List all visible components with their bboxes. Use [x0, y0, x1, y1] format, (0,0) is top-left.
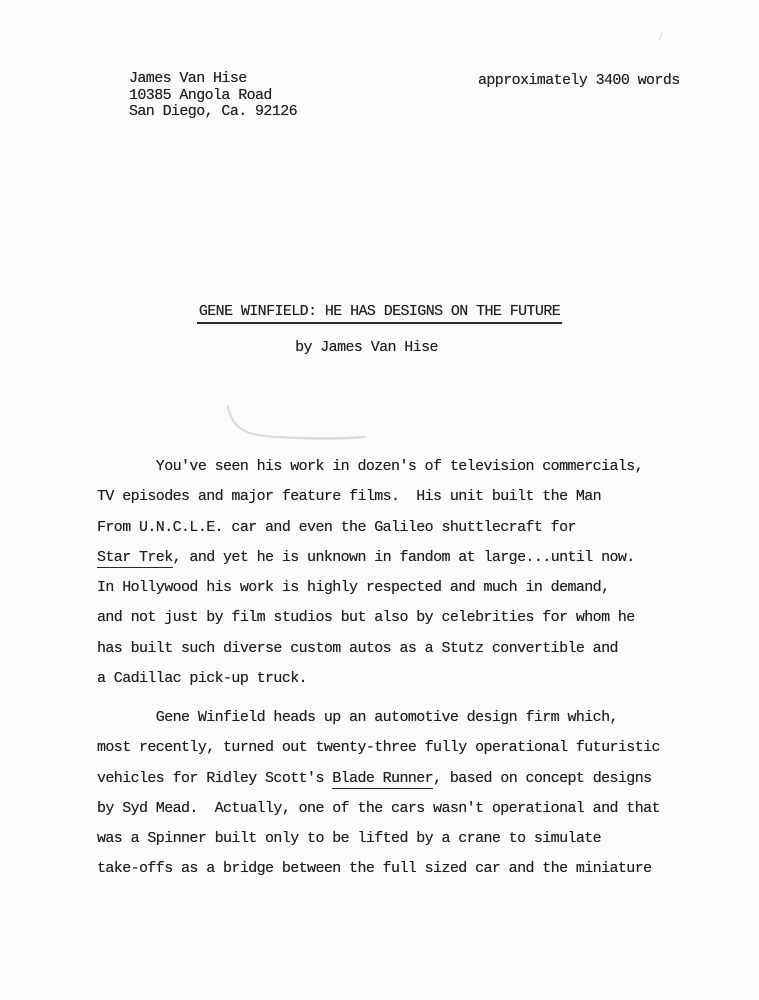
- pencil-mark-artifact: [218, 398, 378, 448]
- paragraph-2: Gene Winfield heads up an automotive des…: [97, 703, 660, 885]
- text-segment: TV episodes and major feature films. His…: [97, 488, 601, 505]
- text-segment: and not just by film studios but also by…: [97, 609, 635, 626]
- page-title: GENE WINFIELD: HE HAS DESIGNS ON THE FUT…: [197, 303, 562, 324]
- text-line: James Van Hise: [129, 71, 297, 88]
- word-count: approximately 3400 words: [478, 72, 680, 89]
- text-line: vehicles for Ridley Scott's Blade Runner…: [97, 764, 660, 794]
- text-segment: You've seen his work in dozen's of telev…: [97, 458, 643, 475]
- manuscript-page: James Van Hise10385 Angola RoadSan Diego…: [0, 0, 759, 1000]
- scan-speckle-artifact: [659, 32, 666, 41]
- text-segment: a Cadillac pick-up truck.: [97, 670, 307, 687]
- title-row: GENE WINFIELD: HE HAS DESIGNS ON THE FUT…: [0, 303, 759, 324]
- text-segment: In Hollywood his work is highly respecte…: [97, 579, 610, 596]
- text-line: San Diego, Ca. 92126: [129, 104, 297, 121]
- underlined-text: Star Trek: [97, 549, 173, 568]
- text-segment: , based on concept designs: [433, 770, 651, 787]
- text-line: TV episodes and major feature films. His…: [97, 482, 643, 512]
- text-segment: Gene Winfield heads up an automotive des…: [97, 709, 618, 726]
- text-line: take-offs as a bridge between the full s…: [97, 854, 660, 884]
- text-line: was a Spinner built only to be lifted by…: [97, 824, 660, 854]
- text-segment: From U.N.C.L.E. car and even the Galileo…: [97, 519, 576, 536]
- text-line: by Syd Mead. Actually, one of the cars w…: [97, 794, 660, 824]
- text-segment: take-offs as a bridge between the full s…: [97, 860, 652, 877]
- text-line: has built such diverse custom autos as a…: [97, 634, 643, 664]
- author-address-block: James Van Hise10385 Angola RoadSan Diego…: [129, 71, 297, 121]
- text-segment: , and yet he is unknown in fandom at lar…: [173, 549, 635, 566]
- underlined-text: Blade Runner: [332, 770, 433, 789]
- text-line: You've seen his work in dozen's of telev…: [97, 452, 643, 482]
- paragraph-1: You've seen his work in dozen's of telev…: [97, 452, 643, 694]
- text-segment: San Diego, Ca. 92126: [129, 103, 297, 120]
- text-line: From U.N.C.L.E. car and even the Galileo…: [97, 513, 643, 543]
- text-segment: most recently, turned out twenty-three f…: [97, 739, 660, 756]
- text-segment: by Syd Mead. Actually, one of the cars w…: [97, 800, 660, 817]
- byline: by James Van Hise: [0, 339, 733, 356]
- text-segment: vehicles for Ridley Scott's: [97, 770, 332, 787]
- text-line: Gene Winfield heads up an automotive des…: [97, 703, 660, 733]
- text-line: a Cadillac pick-up truck.: [97, 664, 643, 694]
- text-line: most recently, turned out twenty-three f…: [97, 733, 660, 763]
- text-segment: 10385 Angola Road: [129, 87, 272, 104]
- text-segment: James Van Hise: [129, 70, 247, 87]
- text-line: Star Trek, and yet he is unknown in fand…: [97, 543, 643, 573]
- text-segment: was a Spinner built only to be lifted by…: [97, 830, 601, 847]
- text-line: and not just by film studios but also by…: [97, 603, 643, 633]
- text-line: 10385 Angola Road: [129, 88, 297, 105]
- text-line: In Hollywood his work is highly respecte…: [97, 573, 643, 603]
- text-segment: has built such diverse custom autos as a…: [97, 640, 618, 657]
